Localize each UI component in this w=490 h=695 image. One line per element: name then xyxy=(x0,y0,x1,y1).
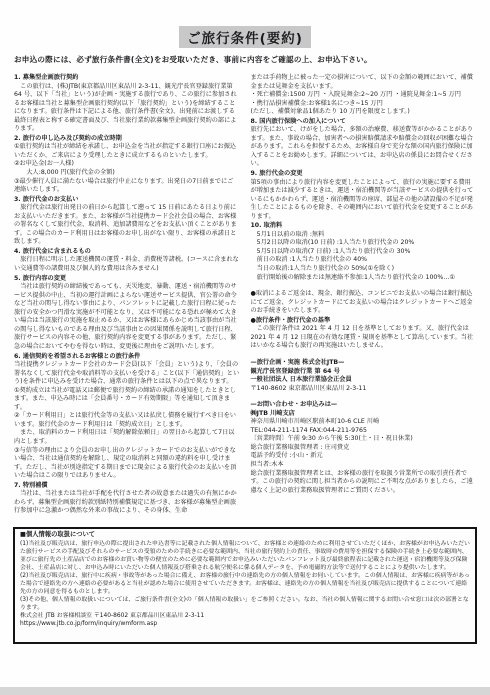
section-8-heading: 8. 国内旅行保険への加入について xyxy=(251,118,477,127)
two-column-body: 1. 募集型企画旅行契約 この旅行は、(株)JTB(東京都品川区東品川 2-3-… xyxy=(14,74,476,517)
section-7: 7. 特別補償 当社は、当社または当社が手配を代行させた者の故意または過失の有無… xyxy=(14,482,240,516)
section-10: 10. 取消料 5月1日以前の取消 :無料 5月2日以降の取消(10 日前) :… xyxy=(251,222,477,282)
section-1-heading: 1. 募集型企画旅行契約 xyxy=(14,74,240,83)
section-10-body: 5月1日以前の取消 :無料 5月2日以降の取消(10 日前) :1人当たり旅行代… xyxy=(251,231,477,282)
privacy-inquiry-url: https://www.jtb.co.jp/form/inquiry/wmfor… xyxy=(20,620,470,628)
intro-note: お申込の際には、必ず旅行条件書(全文)をお受取いただき、事前に内容をご確認の上、… xyxy=(14,54,476,65)
contact-block: —お問い合わせ・お申込みは— ㈱JTB 川崎支店 神奈川県川崎市川崎区駅前本町1… xyxy=(251,401,477,495)
contact-phone-desk: 電話予約受付 :小山・新元 xyxy=(251,452,477,461)
section-6: 6. 通信契約を希望されるお客様との旅行条件 当社提携クレジットカード会社のカー… xyxy=(14,353,240,481)
company-planner-line: —旅行企画・実施 株式会社JTB— xyxy=(251,359,477,368)
page-bottom-edge xyxy=(0,687,490,695)
contact-address: 神奈川県川崎市川崎区駅前本町10-6 CLE 川崎 xyxy=(251,418,477,427)
privacy-heading: ■個人情報の取扱について xyxy=(20,531,470,540)
left-column: 1. 募集型企画旅行契約 この旅行は、(株)JTB(東京都品川区東品川 2-3-… xyxy=(14,74,240,517)
privacy-box: ■個人情報の取扱について (1)当社及び販売店は、旅行申込の際に提出された申込書… xyxy=(13,527,477,644)
section-2: 2. 旅行の申し込み及び契約の成立時期 ①旅行契約は当社が締結を承諾し、お申込金… xyxy=(14,135,240,195)
privacy-paragraph-3: (3)その他、個人情報の取扱いについては、ご旅行条件書(全文)の「個人情報の取扱… xyxy=(20,596,470,612)
section-9: 9. 旅行代金の変更 第5項の事由により旅行内容を変更したことによって、旅行の実… xyxy=(251,170,477,221)
right-column: または手荷物上に被った一定の損害について、以下の金額の範囲において、補償金または… xyxy=(251,74,477,517)
travel-conditions-document: ご旅行条件(要約) お申込の際には、必ず旅行条件書(全文)をお受取いただき、事前… xyxy=(0,0,490,695)
section-1: 1. 募集型企画旅行契約 この旅行は、(株)JTB(東京都品川区東品川 2-3-… xyxy=(14,74,240,134)
section-8: 8. 国内旅行保険への加入について 旅行先において、けがをした場合、多額の治療費… xyxy=(251,118,477,169)
privacy-paragraph-2: (2)当社及び販売店は、旅行中に疾病・事故等があった場合に備え、お客様の旅行中の… xyxy=(20,572,470,596)
section-2-body: ①旅行契約は当社が締結を承諾し、お申込金を当社が指定する銀行口座にお振込いただく… xyxy=(14,143,240,194)
section-9-heading: 9. 旅行代金の変更 xyxy=(251,170,477,179)
contact-store-name: ㈱JTB 川崎支店 xyxy=(251,410,477,419)
contact-manager-note: 総合旅行業務取扱管理者とは、お客様の旅行を取扱う営業所での取引責任者です。この旅… xyxy=(251,470,477,496)
privacy-paragraph-1: (1)当社及び販売店は、旅行申込の際に提出された申込書等に記載された個人情報につ… xyxy=(20,540,470,572)
section-8-body: 旅行先において、けがをした場合、多額の治療費、移送費等がかかることがあります。ま… xyxy=(251,126,477,169)
refund-note: ●取消によるご返金は、現金、銀行振込、コンビニでお支払いの場合は銀行振込にてご返… xyxy=(251,290,477,316)
section-3: 3. 旅行代金のお支払い 旅行代金は旅行出発日の前日から起算して遡って 15 日… xyxy=(14,196,240,247)
section-5-body: 当社は旅行契約の締結後であっても、天災地変、暴動、運送・宿泊機関等のサービス提供… xyxy=(14,283,240,351)
section-6-heading: 6. 通信契約を希望されるお客様との旅行条件 xyxy=(14,353,240,362)
company-license-line: 観光庁長官登録旅行業 第 64 号 xyxy=(251,368,477,377)
title-row: ご旅行条件(要約) xyxy=(14,26,476,48)
section-6-body: 当社提携クレジットカード会社のカード会員(以下「会員」という)より、「会員の署名… xyxy=(14,361,240,481)
basis-note-body: この旅行条件は 2021 年 4 月 12 日を基準としております。又、旅行代金… xyxy=(251,325,477,351)
section-7-body: 当社は、当社または当社が手配を代行させた者の故意または過失の有無にかかわらず、募… xyxy=(14,490,240,516)
section-4: 4. 旅行代金に含まれるもの 旅行日程に明示した運送機関の運賃・料金、消費税等諸… xyxy=(14,248,240,274)
section-7-continuation: または手荷物上に被った一定の損害について、以下の金額の範囲において、補償金または… xyxy=(251,74,477,117)
section-10-heading: 10. 取消料 xyxy=(251,222,477,231)
contact-business-hours: 〔営業時間〕午前 9:30 から午後 5:30(土・日・祝日休業) xyxy=(251,435,477,444)
section-5-heading: 5. 旅行内容の変更 xyxy=(14,275,240,284)
contact-heading: —お問い合わせ・お申込みは— xyxy=(251,401,477,410)
section-3-body: 旅行代金は旅行出発日の前日から起算して遡って 15 日前にあたる日より前にお支払… xyxy=(14,204,240,247)
section-3-heading: 3. 旅行代金のお支払い xyxy=(14,196,240,205)
privacy-office-line: 株式会社 JTB お客様相談室 〒140-8602 東京都品川区東品川 2-3-… xyxy=(20,612,470,620)
company-address-line: 〒140-8602 東京都品川区東品川 2-3-11 xyxy=(251,385,477,394)
company-block: —旅行企画・実施 株式会社JTB— 観光庁長官登録旅行業 第 64 号 一般社団… xyxy=(251,359,477,393)
contact-staff: 担当者:木本 xyxy=(251,461,477,470)
section-1-body: この旅行は、(株)JTB(東京都品川区東品川 2-3-11、観光庁長官登録旅行業… xyxy=(14,83,240,134)
page-title: ご旅行条件(要約) xyxy=(179,26,311,48)
section-4-body: 旅行日程に明示した運送機関の運賃・料金、消費税等諸税。(コースに含まれない交通費… xyxy=(14,256,240,273)
company-association-line: 一般社団法人 日本旅行業協会正会員 xyxy=(251,376,477,385)
section-5: 5. 旅行内容の変更 当社は旅行契約の締結後であっても、天災地変、暴動、運送・宿… xyxy=(14,275,240,352)
section-7-heading: 7. 特別補償 xyxy=(14,482,240,491)
section-9-body: 第5項の事由により旅行内容を変更したことによって、旅行の実施に要する費用が増加ま… xyxy=(251,179,477,222)
document-content: ご旅行条件(要約) お申込の際には、必ず旅行条件書(全文)をお受取いただき、事前… xyxy=(0,0,490,517)
basis-note: ●旅行条件・旅行代金の基準 この旅行条件は 2021 年 4 月 12 日を基準… xyxy=(251,317,477,351)
